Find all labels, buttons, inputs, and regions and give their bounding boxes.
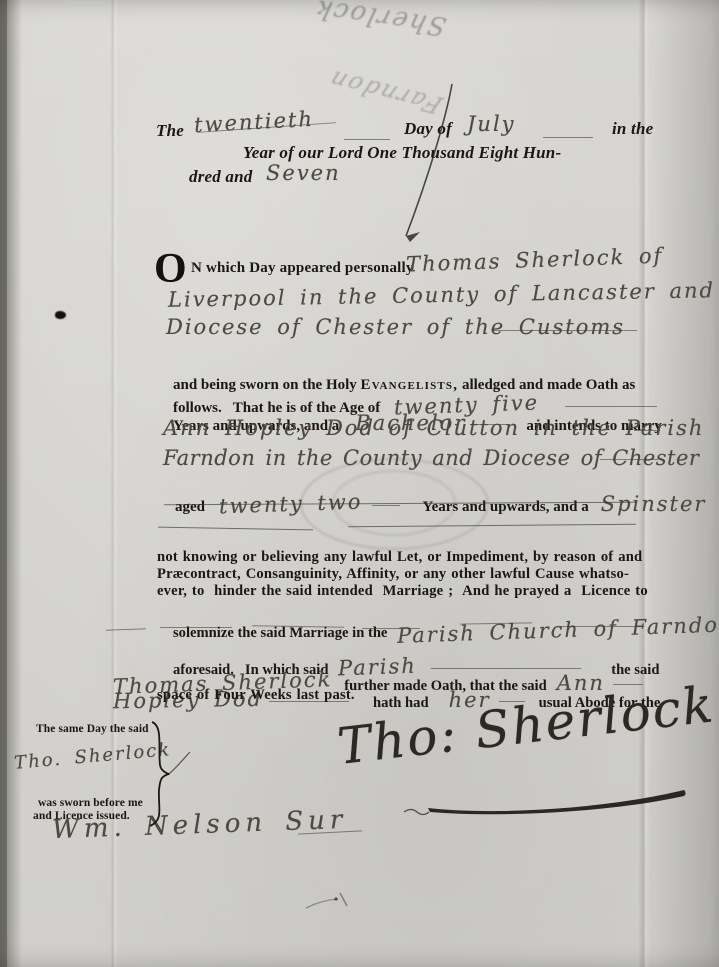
attestation-name-handwritten: Tho. Sherlock [13, 739, 172, 774]
dateline-in-the: in the [612, 119, 653, 139]
smudge-dot [334, 897, 337, 900]
aged-text: aged [175, 499, 205, 515]
dateline-dred-and: dred and [189, 167, 252, 187]
ink-dash [106, 628, 146, 630]
smudge-mark [340, 893, 347, 906]
dateline-day-handwritten: twentieth [193, 107, 314, 137]
smudge-mark [306, 899, 338, 908]
ink-dash [560, 626, 644, 627]
bride-condition-handwritten: Spinster [601, 492, 707, 516]
ink-dash [344, 139, 390, 140]
legal-line1: not knowing or believing any lawful Let,… [157, 549, 642, 566]
ink-dash [492, 330, 637, 331]
ink-dash [160, 627, 232, 628]
endorsement-word-faint: Farndon [297, 58, 474, 125]
signature-squiggle [404, 810, 429, 815]
ink-dash [362, 628, 420, 629]
ink-dash [372, 505, 400, 506]
ink-dash [600, 459, 658, 460]
legal-line2: Præcontract, Consanguinity, Affinity, or… [157, 566, 629, 583]
bride-line1-handwritten: Ann Hopley Dod of Clutton in the Parish … [163, 416, 719, 440]
attestation-line1: The same Day the said [36, 723, 149, 735]
scan-edge-left-dark [0, 0, 7, 967]
bride-line2-handwritten: Farndon in the County and Diocese of Che… [163, 446, 699, 470]
dateline-month-handwritten: July [467, 112, 516, 136]
ink-dash [634, 430, 660, 431]
dateline-year-line: Year of our Lord One Thousand Eight Hun- [243, 143, 561, 163]
dateline-the: The [156, 121, 184, 141]
oath-dropcap: O [154, 248, 187, 290]
appearer-diocese-handwritten: Diocese of Chester of the Customs [166, 315, 625, 339]
space-text: space of Four Weeks last past. [157, 687, 355, 704]
ink-spot [55, 311, 66, 319]
ink-dash [543, 137, 593, 138]
dateline-day-of: Day of [404, 119, 452, 139]
brace-flourish [169, 752, 190, 774]
attestation-line2: was sworn before me [38, 797, 143, 809]
oath-opening: N which Day appeared personally [191, 260, 414, 277]
document-scan: Sherlock Farndon The twentieth Day of Ju… [0, 0, 719, 967]
endorsement-name-faint: Sherlock [292, 0, 468, 43]
appearer-name-handwritten: Thomas Sherlock of [406, 244, 664, 277]
pen-stroke-arrowhead [406, 232, 420, 242]
legal-line3: ever, to hinder the said intended Marria… [157, 583, 648, 600]
dateline-year-handwritten: Seven [266, 161, 341, 185]
appearer-residence-handwritten: Liverpool in the County of Lancaster and [168, 278, 715, 312]
